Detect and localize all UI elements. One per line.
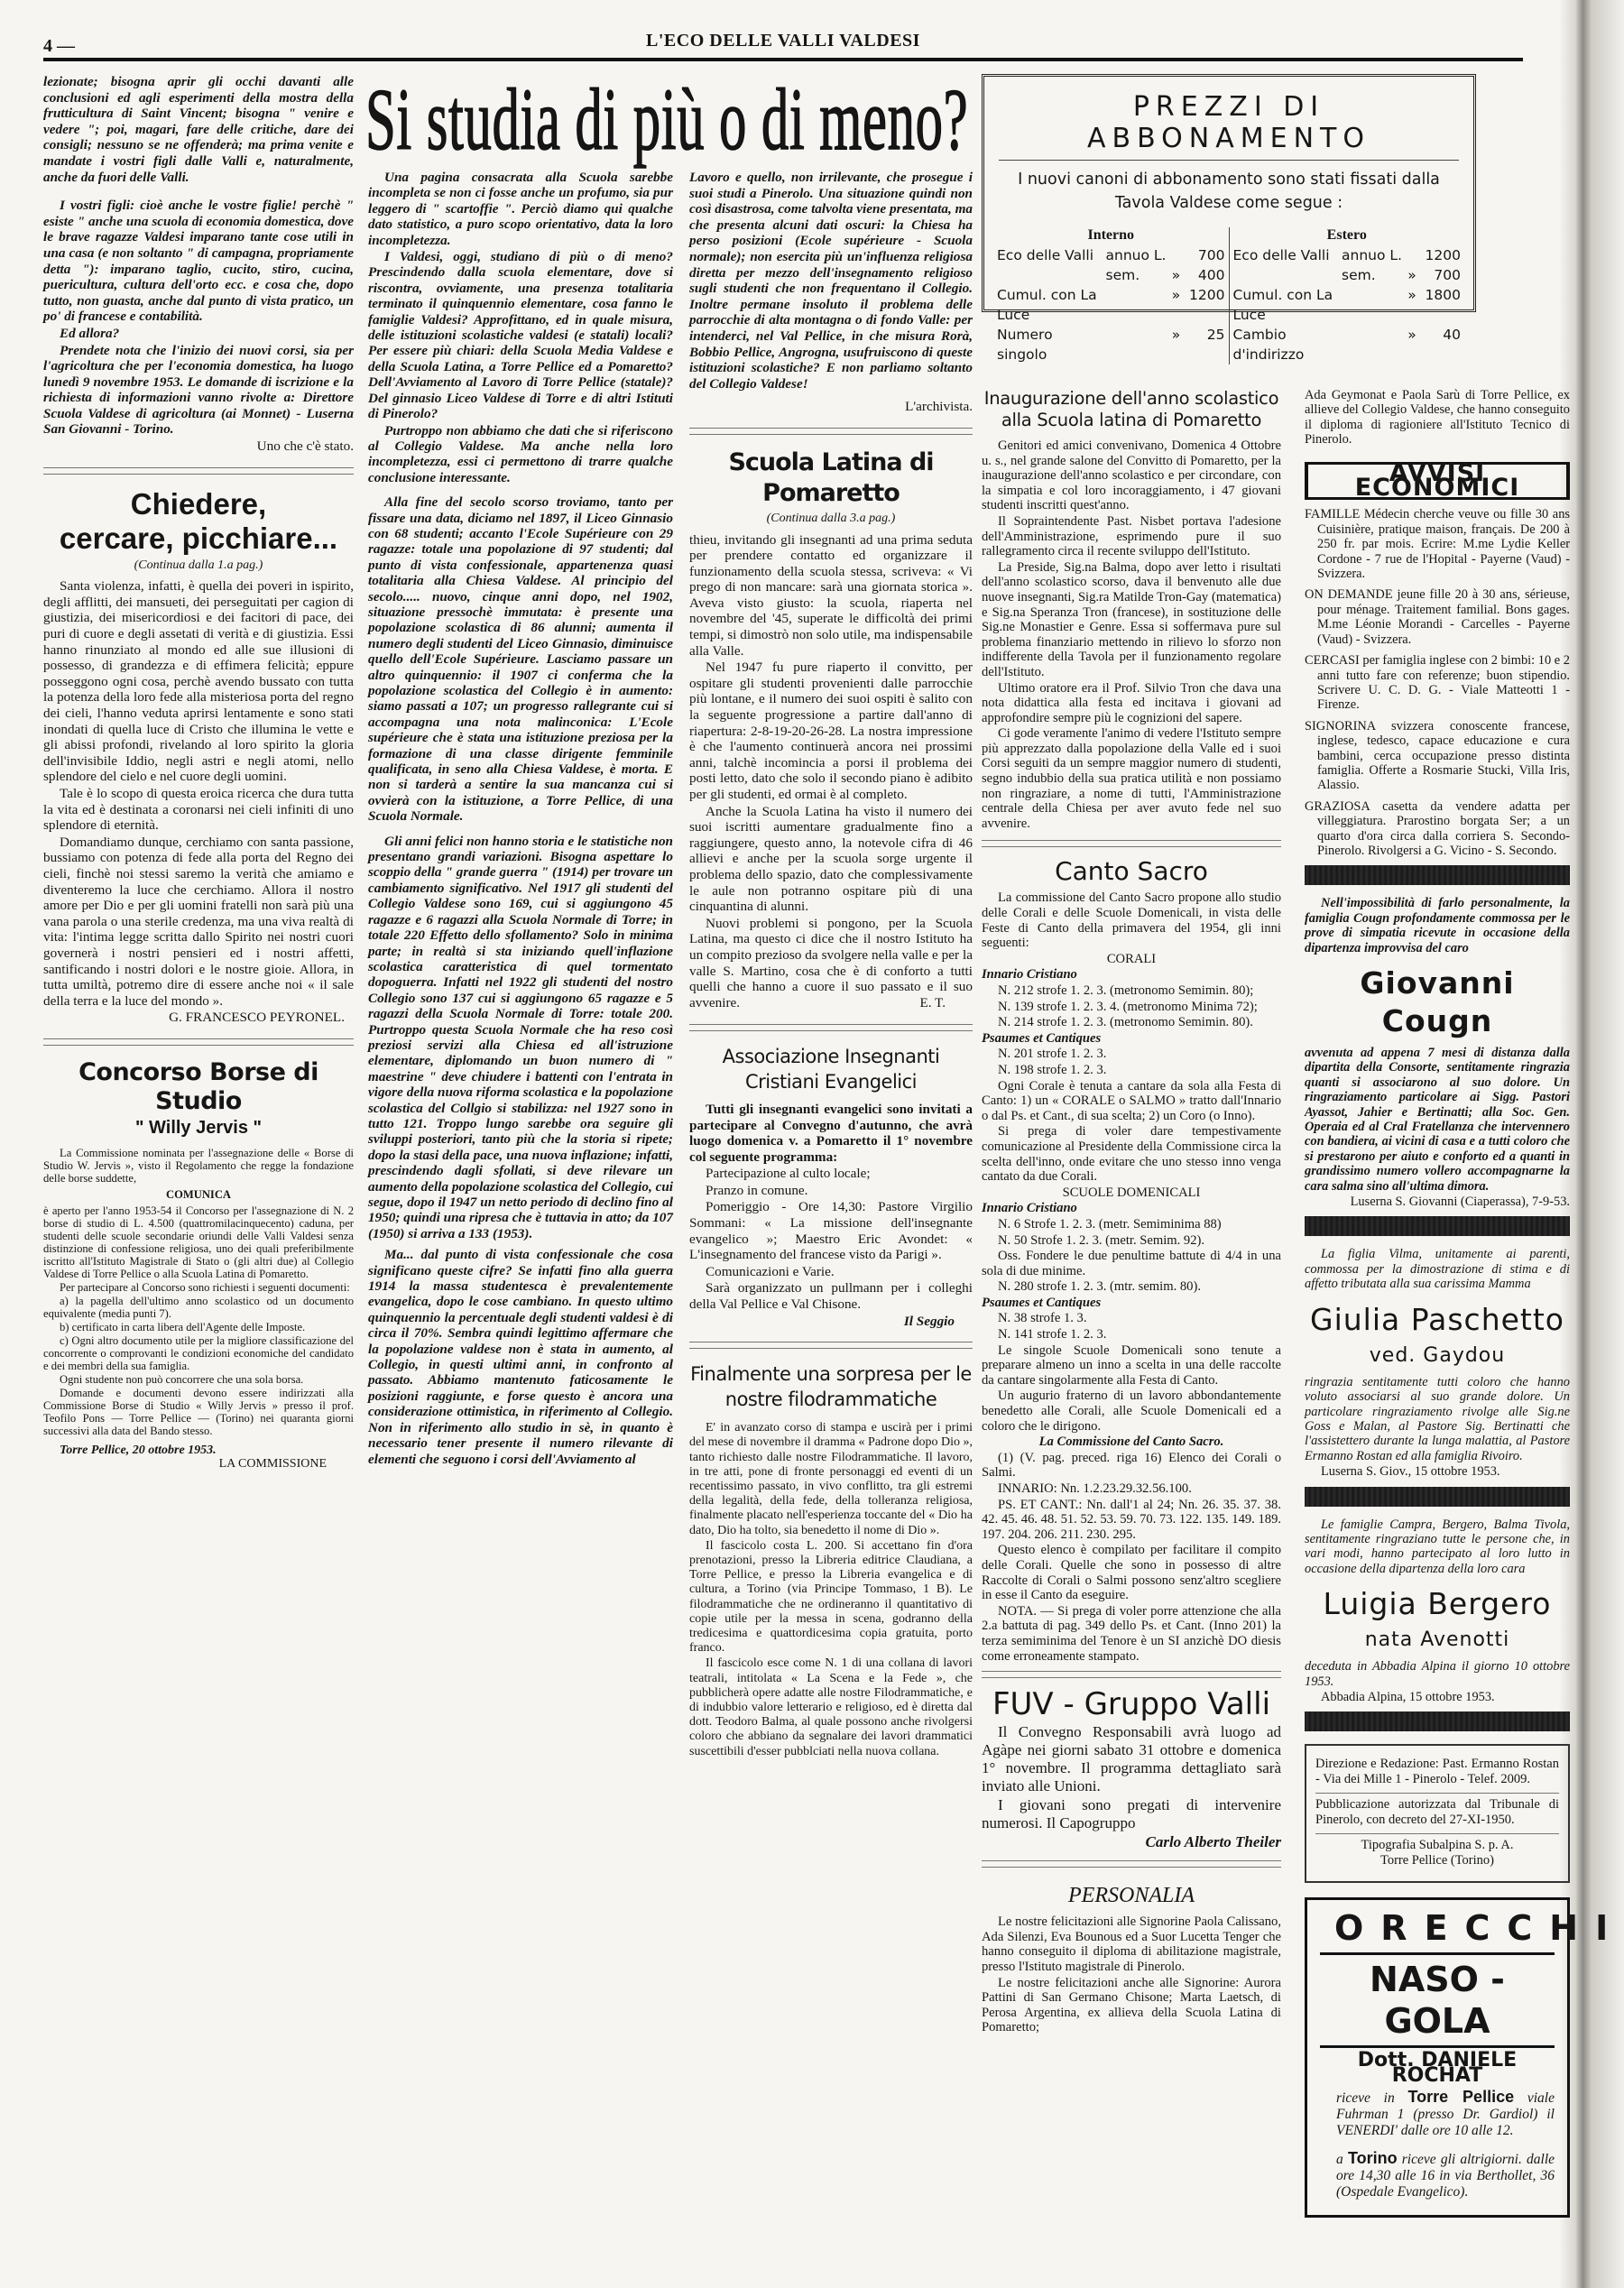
masthead: L'ECO DELLE VALLI VALDESI: [43, 31, 1523, 51]
imprint-box: Direzione e Redazione: Past. Ermanno Ros…: [1305, 1744, 1570, 1883]
main-headline-text: Si studia di più o di meno?: [365, 70, 968, 170]
concorso-signature: LA COMMISSIONE: [43, 1458, 354, 1471]
concorso-paragraph: Per partecipare al Concorso sono richies…: [43, 1281, 354, 1294]
foreign-heading: Estero: [1233, 227, 1462, 244]
hymn-entry: N. 6 Strofe 1. 2. 3. (metr. Semiminima 8…: [982, 1217, 1281, 1232]
imprint-pubblicazione: Pubblicazione autorizzata dal Tribunale …: [1315, 1794, 1559, 1834]
price-unit: [1342, 285, 1403, 325]
classified-ad: SIGNORINA svizzera conoscente francese, …: [1305, 719, 1570, 793]
concorso-paragraph: è aperto per l'anno 1953-54 il Concorso …: [43, 1204, 354, 1280]
classified-keyword: ON DEMANDE: [1305, 587, 1393, 602]
header-rule: [43, 58, 1523, 61]
price-ditto: [1167, 245, 1186, 265]
price-label: Cambio d'indirizzo: [1233, 325, 1343, 364]
concorso-paragraph: b) certificato in carta libera dell'Agen…: [43, 1321, 354, 1333]
ad-place: Torino: [1348, 2149, 1398, 2167]
price-ditto: »: [1167, 265, 1186, 285]
imprint-direzione: Direzione e Redazione: Past. Ermanno Ros…: [1315, 1753, 1559, 1794]
newspaper-page: 4 — L'ECO DELLE VALLI VALDESI lezionate;…: [0, 0, 1624, 2288]
associazione-paragraph: Partecipazione al culto locale;: [689, 1166, 973, 1182]
obituary-name: Giovanni Cougn: [1305, 964, 1570, 1040]
inaugurazione-paragraph: Genitori ed amici convenivano, Domenica …: [982, 438, 1281, 513]
finalmente-paragraph: Il fascicolo costa L. 200. Si accettano …: [689, 1539, 973, 1656]
column-fourth: Inaugurazione dell'anno scolastico alla …: [982, 388, 1281, 2036]
avvisi-economici-title: AVVISI ECONOMICI: [1305, 462, 1570, 501]
fuv-paragraph: Il Convegno Responsabili avrà luogo ad A…: [982, 1723, 1281, 1795]
obituary-place-date: Luserna S. Giov., 15 ottobre 1953.: [1305, 1464, 1570, 1479]
price-label: Eco delle Valli: [997, 245, 1106, 265]
psaumes-heading: Psaumes et Cantiques: [982, 1296, 1281, 1311]
section-divider: [689, 1024, 973, 1031]
canto-footnote: Questo elenco è compilato per facilitare…: [982, 1543, 1281, 1602]
ad-place: Torre Pellice: [1407, 2088, 1514, 2106]
personalia-paragraph: Le nostre felicitazioni anche alle Signo…: [982, 1976, 1281, 2035]
classified-keyword: SIGNORINA: [1305, 719, 1375, 733]
price-value: 1200: [1186, 285, 1225, 325]
main-article-continuation: Lavoro e quello, non irrilevante, che pr…: [689, 170, 973, 392]
price-label: Cumul. con La Luce: [997, 285, 1106, 325]
canto-note: Ogni Corale è tenuta a cantare da sola a…: [982, 1079, 1281, 1124]
hymn-entry: N. 139 strofe 1. 2. 3. 4. (metronomo Min…: [982, 1000, 1281, 1015]
price-ditto: »: [1403, 265, 1421, 285]
price-label: [997, 265, 1106, 285]
canto-footnote: (1) (V. pag. preced. riga 16) Elenco dei…: [982, 1451, 1281, 1481]
price-value: 700: [1186, 245, 1225, 265]
price-unit: [1342, 325, 1403, 364]
obituary: Le famiglie Campra, Bergero, Balma Tivol…: [1305, 1518, 1570, 1705]
classified-ad: FAMILLE Médecin cherche veuve ou fille 3…: [1305, 507, 1570, 581]
subscription-foreign: Estero Eco delle Valliannuo L.1200 sem.»…: [1229, 227, 1465, 364]
chiedere-title-line1: Chiedere,: [43, 487, 354, 521]
finalmente-paragraph: Il fascicolo esce come N. 1 di una colla…: [689, 1656, 973, 1758]
price-ditto: [1403, 245, 1421, 265]
innario-heading: Innario Cristiano: [982, 967, 1281, 983]
intro-paragraph: Ed allora?: [43, 326, 354, 342]
price-label: [1233, 265, 1343, 285]
obituary-name: Giulia Paschetto: [1305, 1301, 1570, 1339]
price-row: Numero singolo»25: [997, 325, 1225, 364]
main-article-signature: L'archivista.: [689, 399, 973, 415]
psaumes-heading: Psaumes et Cantiques: [982, 1031, 1281, 1047]
price-unit: annuo L.: [1106, 245, 1167, 265]
scuola-latina-subtitle: (Continua dalla 3.a pag.): [689, 511, 973, 527]
concorso-paragraph: c) Ogni altro documento utile per la mig…: [43, 1334, 354, 1372]
price-unit: annuo L.: [1342, 245, 1403, 265]
section-divider: [689, 1342, 973, 1349]
scuole-heading: SCUOLE DOMENICALI: [982, 1186, 1281, 1201]
scuola-latina-paragraph: Nel 1947 fu pure riaperto il convitto, p…: [689, 660, 973, 802]
obituary-body: ringrazia sentitamente tutti coloro che …: [1305, 1375, 1570, 1463]
section-divider: [689, 428, 973, 435]
price-label: Eco delle Valli: [1233, 245, 1343, 265]
concorso-paragraph: Ogni studente non può concorrere che una…: [43, 1373, 354, 1386]
subscription-prices-box: PREZZI DI ABBONAMENTO I nuovi canoni di …: [982, 74, 1476, 312]
price-row: sem.»400: [997, 265, 1225, 285]
ad-text: a: [1336, 2152, 1348, 2167]
subscription-rule: [999, 160, 1459, 161]
obituary-intro: Le famiglie Campra, Bergero, Balma Tivol…: [1305, 1518, 1570, 1577]
obituary-place-date: Luserna S. Giovanni (Ciaperassa), 7-9-53…: [1305, 1195, 1570, 1209]
main-article-paragraph: Alla fine del secolo scorso troviamo, ta…: [368, 494, 673, 825]
innario-heading: Innario Cristiano: [982, 1201, 1281, 1216]
price-value: 400: [1186, 265, 1225, 285]
inaugurazione-paragraph: Ultimo oratore era il Prof. Silvio Tron …: [982, 681, 1281, 726]
classified-ad: CERCASI per famiglia inglese con 2 bimbi…: [1305, 653, 1570, 713]
page-header: 4 — L'ECO DELLE VALLI VALDESI: [43, 31, 1523, 58]
hymn-entry: N. 198 strofe 1. 2. 3.: [982, 1063, 1281, 1078]
obituary-name: Luigia Bergero: [1305, 1585, 1570, 1623]
fuv-title: FUV - Gruppo Valli: [982, 1685, 1281, 1723]
ad-schedule-torino: a Torino riceve gli altrigiorni. dalle o…: [1320, 2150, 1555, 2200]
price-label: Numero singolo: [997, 325, 1106, 364]
price-ditto: »: [1167, 285, 1186, 325]
canto-footnote: INNARIO: Nn. 1.2.23.29.32.56.100.: [982, 1481, 1281, 1497]
associazione-paragraph: Tutti gli insegnanti evangelici sono inv…: [689, 1102, 973, 1165]
chiedere-paragraph: Domandiamo dunque, cerchiamo con santa p…: [43, 835, 354, 1010]
hymn-entry: N. 201 strofe 1. 2. 3.: [982, 1047, 1281, 1062]
associazione-signature: Il Seggio: [689, 1314, 973, 1330]
price-ditto: »: [1403, 325, 1421, 364]
associazione-title: Associazione Insegnanti Cristiani Evange…: [689, 1044, 973, 1094]
hymn-entry: N. 141 strofe 1. 2. 3.: [982, 1327, 1281, 1342]
price-row: Cambio d'indirizzo»40: [1233, 325, 1462, 364]
concorso-paragraph: a) la pagella dell'ultimo anno scolastic…: [43, 1295, 354, 1320]
subscription-domestic: Interno Eco delle Valliannuo L.700 sem.»…: [993, 227, 1229, 364]
hymn-entry: N. 50 Strofe 1. 2. 3. (metr. Semim. 92).: [982, 1233, 1281, 1249]
imprint-tipografia: Tipografia Subalpina S. p. A. Torre Pell…: [1315, 1834, 1559, 1874]
fuv-signature: Carlo Alberto Theiler: [982, 1833, 1281, 1851]
section-divider: [982, 840, 1281, 847]
column-fifth: Ada Geymonat e Paola Sarù di Torre Pelli…: [1305, 388, 1570, 2218]
obituary-black-bar: [1305, 1711, 1570, 1731]
doctor-advertisement: ORECCHI NASO - GOLA Dott. DANIELE ROCHAT…: [1305, 1897, 1570, 2218]
section-divider: [982, 1860, 1281, 1868]
personalia-paragraph: Le nostre felicitazioni alle Signorine P…: [982, 1914, 1281, 1974]
inaugurazione-paragraph: Ci gode veramente l'animo di vedere l'Is…: [982, 726, 1281, 831]
inaugurazione-title-line1: Inaugurazione dell'anno scolastico: [982, 388, 1281, 410]
imprint-tipografia-line2: Torre Pellice (Torino): [1315, 1853, 1559, 1868]
section-divider: [982, 1671, 1281, 1678]
main-article-paragraph: Una pagina consacrata alla Scuola sarebb…: [368, 170, 673, 248]
canto-signature: La Commissione del Canto Sacro.: [982, 1435, 1281, 1450]
canto-closing: Un augurio fraterno di un lavoro abbonda…: [982, 1388, 1281, 1434]
inaugurazione-paragraph: Il Sopraintendente Past. Nisbet portava …: [982, 514, 1281, 559]
obituary-body: avvenuta ad appena 7 mesi di distanza da…: [1305, 1046, 1570, 1194]
inaugurazione-title-line2: alla Scuola latina di Pomaretto: [982, 410, 1281, 431]
subscription-intro: I nuovi canoni di abbonamento sono stati…: [993, 168, 1464, 215]
hymn-entry: N. 280 strofe 1. 2. 3. (mtr. semim. 80).: [982, 1279, 1281, 1295]
main-article-paragraph: Gli anni felici non hanno storia e le st…: [368, 834, 673, 1242]
classified-keyword: FAMILLE: [1305, 507, 1360, 521]
canto-closing: Le singole Scuole Domenicali sono tenute…: [982, 1343, 1281, 1388]
ad-rule: [1320, 1952, 1555, 1955]
hymn-entry: N. 38 strofe 1. 3.: [982, 1311, 1281, 1326]
canto-footnote: PS. ET CANT.: Nn. dall'1 al 24; Nn. 26. …: [982, 1498, 1281, 1543]
concorso-comunica: COMUNICA: [43, 1188, 354, 1201]
price-value: 1800: [1421, 285, 1461, 325]
intro-signature: Uno che c'è stato.: [43, 438, 354, 455]
main-headline: Si studia di più o di meno?: [365, 70, 970, 170]
inaugurazione-paragraph: La Preside, Sig.na Balma, dopo aver lett…: [982, 560, 1281, 680]
chiedere-signature: G. FRANCESCO PEYRONEL.: [43, 1010, 354, 1026]
classified-keyword: GRAZIOSA: [1305, 799, 1370, 814]
domestic-heading: Interno: [997, 227, 1225, 244]
imprint-tipografia-line1: Tipografia Subalpina S. p. A.: [1315, 1838, 1559, 1853]
obituary-black-bar: [1305, 865, 1570, 885]
price-row: Eco delle Valliannuo L.1200: [1233, 245, 1462, 265]
obituary-intro: La figlia Vilma, unitamente ai parenti, …: [1305, 1247, 1570, 1291]
personalia-title: PERSONALIA: [982, 1882, 1281, 1909]
price-label: Cumul. con La Luce: [1233, 285, 1343, 325]
column-main-article: Una pagina consacrata alla Scuola sarebb…: [368, 170, 673, 1468]
classified-ad: GRAZIOSA casetta da vendere adatta per v…: [1305, 799, 1570, 859]
column-third: Lavoro e quello, non irrilevante, che pr…: [689, 170, 973, 1760]
chiedere-paragraph: Tale è lo scopo di questa eroica ricerca…: [43, 786, 354, 834]
intro-paragraph: I vostri figli: cioè anche le vostre fig…: [43, 198, 354, 325]
price-value: 1200: [1421, 245, 1461, 265]
price-ditto: »: [1403, 285, 1421, 325]
concorso-place-date: Torre Pellice, 20 ottobre 1953.: [43, 1444, 354, 1457]
obituary-place-date: Abbadia Alpina, 15 ottobre 1953.: [1305, 1690, 1570, 1704]
obituary-black-bar: [1305, 1216, 1570, 1236]
ad-headline-naso-gola: NASO - GOLA: [1320, 1959, 1555, 2042]
scuola-latina-title: Scuola Latina di Pomaretto: [689, 447, 973, 509]
associazione-paragraph: Pomeriggio - Ore 14,30: Pastore Virgilio…: [689, 1199, 973, 1262]
ad-schedule-torre: riceve in Torre Pellice viale Fuhrman 1 …: [1320, 2089, 1555, 2139]
classified-ad: ON DEMANDE jeune fille 20 à 30 ans, séri…: [1305, 587, 1570, 647]
obituary-subname: ved. Gaydou: [1305, 1344, 1570, 1368]
column-left: lezionate; bisogna aprir gli occhi davan…: [43, 74, 354, 1472]
hymn-entry: N. 214 strofe 1. 2. 3. (metronomo Semimi…: [982, 1015, 1281, 1030]
chiedere-title-line2: cercare, picchiare...: [43, 521, 354, 556]
ad-doctor-name: Dott. DANIELE ROCHAT: [1320, 2053, 1555, 2083]
price-unit: sem.: [1106, 265, 1167, 285]
obituary-body: deceduta in Abbadia Alpina il giorno 10 …: [1305, 1659, 1570, 1689]
associazione-paragraph: Sarà organizzato un pullmann per i colle…: [689, 1280, 973, 1312]
ad-text: riceve in: [1336, 2090, 1407, 2106]
price-row: Cumul. con La Luce»1800: [1233, 285, 1462, 325]
concorso-paragraph: Domande e documenti devono essere indiri…: [43, 1387, 354, 1437]
finalmente-title: Finalmente una sorpresa per le nostre fi…: [689, 1361, 973, 1412]
price-value: 700: [1421, 265, 1461, 285]
intro-paragraph: Prendete nota che l'inizio dei nuovi cor…: [43, 343, 354, 438]
concorso-title: Concorso Borse di Studio: [43, 1058, 354, 1116]
price-ditto: »: [1167, 325, 1186, 364]
price-unit: [1106, 325, 1167, 364]
associazione-paragraph: Pranzo in comune.: [689, 1183, 973, 1199]
associazione-paragraph: Comunicazioni e Varie.: [689, 1264, 973, 1280]
ad-headline-orecchi: ORECCHI: [1320, 1907, 1555, 1949]
classified-keyword: CERCASI: [1305, 653, 1360, 668]
obituary: Nell'impossibilità di farlo personalment…: [1305, 896, 1570, 1209]
price-value: 25: [1186, 325, 1225, 364]
chiedere-subtitle: (Continua dalla 1.a pag.): [43, 558, 354, 574]
price-value: 40: [1421, 325, 1461, 364]
obituary: La figlia Vilma, unitamente ai parenti, …: [1305, 1247, 1570, 1479]
subscription-table: Interno Eco delle Valliannuo L.700 sem.»…: [993, 227, 1464, 364]
hymn-entry: N. 212 strofe 1. 2. 3. (metronomo Semimi…: [982, 983, 1281, 999]
section-divider: [43, 1038, 354, 1046]
price-unit: [1106, 285, 1167, 325]
section-divider: [43, 467, 354, 475]
fuv-paragraph: I giovani sono pregati di intervenire nu…: [982, 1796, 1281, 1832]
obituary-subname: nata Avenotti: [1305, 1628, 1570, 1652]
scuola-latina-paragraph: thieu, invitando gli insegnanti ad una p…: [689, 532, 973, 660]
main-article-paragraph: Ma... dal punto di vista confessionale c…: [368, 1247, 673, 1467]
canto-sacro-intro: La commissione del Canto Sacro propone a…: [982, 890, 1281, 950]
scuola-latina-paragraph: Anche la Scuola Latina ha visto il numer…: [689, 804, 973, 915]
concorso-intro: La Commissione nominata per l'assegnazio…: [43, 1147, 354, 1185]
concorso-subtitle: " Willy Jervis ": [43, 1116, 354, 1139]
finalmente-paragraph: E' in avanzato corso di stampa e uscirà …: [689, 1421, 973, 1538]
obituary-black-bar: [1305, 1487, 1570, 1507]
chiedere-paragraph: Santa violenza, infatti, è quella dei po…: [43, 578, 354, 785]
subscription-title: PREZZI DI ABBONAMENTO: [993, 91, 1464, 154]
canto-footnote: NOTA. — Si prega di voler porre attenzio…: [982, 1604, 1281, 1664]
canto-note: Si prega di voler dare tempestivamente c…: [982, 1124, 1281, 1184]
corali-heading: CORALI: [982, 952, 1281, 967]
canto-sacro-title: Canto Sacro: [982, 856, 1281, 887]
price-row: Eco delle Valliannuo L.700: [997, 245, 1225, 265]
price-row: Cumul. con La Luce»1200: [997, 285, 1225, 325]
hymn-entry: Oss. Fondere le due penultime battute di…: [982, 1249, 1281, 1278]
price-row: sem.»700: [1233, 265, 1462, 285]
price-unit: sem.: [1342, 265, 1403, 285]
personalia-continuation: Ada Geymonat e Paola Sarù di Torre Pelli…: [1305, 388, 1570, 447]
obituary-intro: Nell'impossibilità di farlo personalment…: [1305, 896, 1570, 955]
ad-rule: [1320, 2045, 1555, 2048]
main-article-paragraph: I Valdesi, oggi, studiano di più o di me…: [368, 249, 673, 421]
main-article-paragraph: Purtroppo non abbiamo che dati che si ri…: [368, 423, 673, 486]
intro-paragraph: lezionate; bisogna aprir gli occhi davan…: [43, 74, 354, 185]
